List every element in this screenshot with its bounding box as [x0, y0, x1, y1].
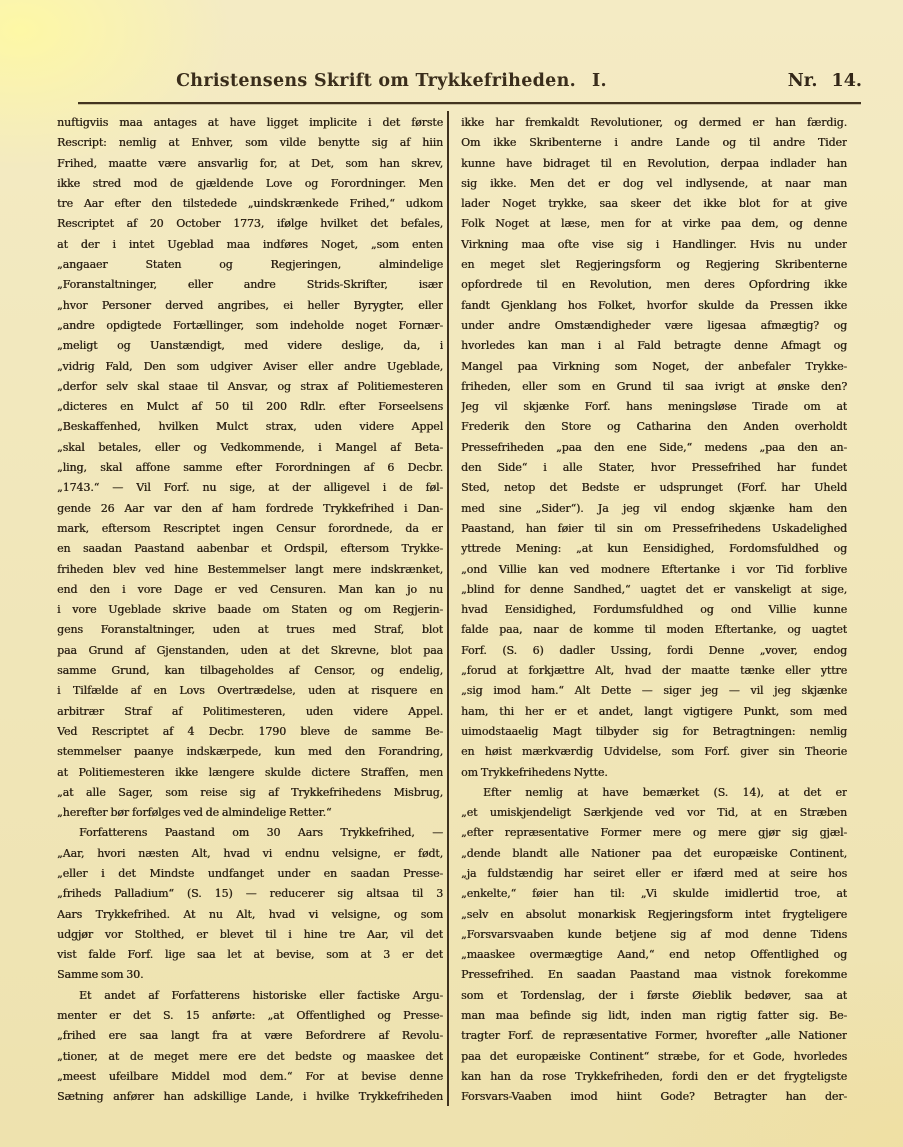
text-line: Rescriptet af 20 October 1773, ifølge hv… — [57, 214, 443, 234]
text-line: „hvor Personer derved angribes, ei helle… — [57, 296, 443, 316]
text-line: Pressefriheden „paa den ene Side,“ meden… — [461, 438, 847, 458]
text-line: Virkning maa ofte vise sig i Handlinger.… — [461, 235, 847, 255]
text-line: falde paa, naar de komme til moden Efter… — [461, 620, 847, 640]
text-line: „sig imod ham.“ Alt Dette — siger jeg — … — [461, 681, 847, 701]
text-line: Aars Trykkefrihed. At nu Alt, hvad vi ve… — [57, 905, 443, 925]
text-line: samme Grund, kan tilbageholdes af Censor… — [57, 661, 443, 681]
text-line: i Tilfælde af en Lovs Overtrædelse, uden… — [57, 681, 443, 701]
text-line: Sætning anfører han adskillige Lande, i … — [57, 1087, 443, 1107]
text-line: ham, thi her er et andet, langt vigtiger… — [461, 702, 847, 722]
text-line: ikke stred mod de gjældende Love og Foro… — [57, 174, 443, 194]
text-line: stemmelser paanye indskærpede, kun med d… — [57, 742, 443, 762]
text-line: nuftigviis maa antages at have ligget im… — [57, 113, 443, 133]
text-line: „Aar, hvori næsten Alt, hvad vi endnu ve… — [57, 844, 443, 864]
text-line: Forsvars-Vaaben imod hiint Gode? Betragt… — [461, 1087, 847, 1107]
issue-number: Nr. 14. — [788, 71, 862, 91]
text-line: Jeg vil skjænke Forf. hans meningsløse T… — [461, 397, 847, 417]
text-line: den Side“ i alle Stater, hvor Pressefrih… — [461, 458, 847, 478]
text-line: paa Grund af Gjenstanden, uden at det Sk… — [57, 641, 443, 661]
text-line: „enkelte,“ føier han til: „Vi skulde imi… — [461, 884, 847, 904]
text-line: „Foranstaltninger, eller andre Strids-Sk… — [57, 275, 443, 295]
text-line: arbitrær Straf af Politimesteren, uden v… — [57, 702, 443, 722]
text-line: „derfor selv skal staae til Ansvar, og s… — [57, 377, 443, 397]
text-line: menter er det S. 15 anførte: „at Offentl… — [57, 1006, 443, 1026]
text-line: friheden, eller som en Grund til saa ivr… — [461, 377, 847, 397]
text-line: „skal betales, eller og Vedkommende, i M… — [57, 438, 443, 458]
header-title-group: Christensens Skrift om Trykkefriheden.I. — [0, 71, 783, 91]
text-line: mark, eftersom Rescriptet ingen Censur f… — [57, 519, 443, 539]
text-line: gens Foranstaltninger, uden at trues med… — [57, 620, 443, 640]
text-line: med sine „Sider“). Ja jeg vil endog skjæ… — [461, 499, 847, 519]
text-line: under andre Omstændigheder være ligesaa … — [461, 316, 847, 336]
header-rule — [78, 102, 861, 104]
text-line: „1743.“ — Vil Forf. nu sige, at der alli… — [57, 478, 443, 498]
left-column: nuftigviis maa antages at have ligget im… — [57, 113, 443, 1108]
part-number: I. — [592, 71, 607, 91]
text-line: „Beskaffenhed, hvilken Mulct strax, uden… — [57, 417, 443, 437]
text-line: „herefter bør forfølges ved de almindeli… — [57, 803, 443, 823]
text-line: sig ikke. Men det er dog vel indlysende,… — [461, 174, 847, 194]
text-line: Et andet af Forfatterens historiske elle… — [57, 986, 443, 1006]
text-line: „efter repræsentative Former mere og mer… — [461, 823, 847, 843]
text-line: Ved Rescriptet af 4 Decbr. 1790 bleve de… — [57, 722, 443, 742]
text-line: „dende blandt alle Nationer paa det euro… — [461, 844, 847, 864]
text-line: „eller i det Mindste undfanget under en … — [57, 864, 443, 884]
text-line: „andre opdigtede Fortællinger, som indeh… — [57, 316, 443, 336]
text-columns: nuftigviis maa antages at have ligget im… — [57, 113, 848, 1108]
text-line: hvad Eensidighed, Fordumsfuldhed og ond … — [461, 600, 847, 620]
text-line: kan han da rose Trykkefriheden, fordi de… — [461, 1067, 847, 1087]
text-line: Efter nemlig at have bemærket (S. 14), a… — [461, 783, 847, 803]
text-line: Sted, netop det Bedste er udsprunget (Fo… — [461, 478, 847, 498]
text-line: gende 26 Aar var den af ham fordrede Try… — [57, 499, 443, 519]
text-line: tragter Forf. de repræsentative Former, … — [461, 1026, 847, 1046]
text-line: „dicteres en Mulct af 50 til 200 Rdlr. e… — [57, 397, 443, 417]
text-line: Rescript: nemlig at Enhver, som vilde be… — [57, 133, 443, 153]
text-line: „maaskee overmægtige Aand,“ end netop Of… — [461, 945, 847, 965]
text-line: yttrede Mening: „at kun Eensidighed, For… — [461, 539, 847, 559]
text-line: en meget slet Regjeringsform og Regjerin… — [461, 255, 847, 275]
text-line: „frihed ere saa langt fra at være Beford… — [57, 1026, 443, 1046]
text-line: end den i vore Dage er ved Censuren. Man… — [57, 580, 443, 600]
text-line: Paastand, han føier til sin om Pressefri… — [461, 519, 847, 539]
page-header: Christensens Skrift om Trykkefriheden.I.… — [0, 71, 903, 95]
text-line: en saadan Paastand aabenbar et Ordspil, … — [57, 539, 443, 559]
text-line: „meligt og Uanstændigt, med videre desli… — [57, 336, 443, 356]
text-line: Frihed, maatte være ansvarlig for, at De… — [57, 154, 443, 174]
text-line: udgjør vor Stolthed, er blevet til i hin… — [57, 925, 443, 945]
text-line: „et umiskjendeligt Særkjende ved vor Tid… — [461, 803, 847, 823]
text-line: Om ikke Skribenterne i andre Lande og ti… — [461, 133, 847, 153]
text-line: „at alle Sager, som reise sig af Trykkef… — [57, 783, 443, 803]
text-line: ikke har fremkaldt Revolutioner, og derm… — [461, 113, 847, 133]
text-line: „meest ufeilbare Middel mod dem.“ For at… — [57, 1067, 443, 1087]
text-line: „vidrig Fald, Den som udgiver Aviser ell… — [57, 357, 443, 377]
text-line: Forf. (S. 6) dadler Ussing, fordi Denne … — [461, 641, 847, 661]
text-line: „forud at forkjættre Alt, hvad der maatt… — [461, 661, 847, 681]
column-divider — [447, 111, 449, 1106]
text-line: „tioner, at de meget mere ere det bedste… — [57, 1047, 443, 1067]
text-line: Mangel paa Virkning som Noget, der anbef… — [461, 357, 847, 377]
text-line: Folk Noget at læse, men for at virke paa… — [461, 214, 847, 234]
text-line: paa det europæiske Continent“ stræbe, fo… — [461, 1047, 847, 1067]
text-line: uimodstaaelig Magt tilbyder sig for Betr… — [461, 722, 847, 742]
text-line: Forfatterens Paastand om 30 Aars Trykkef… — [57, 823, 443, 843]
right-column: ikke har fremkaldt Revolutioner, og derm… — [461, 113, 847, 1108]
text-line: friheden blev ved hine Bestemmelser lang… — [57, 560, 443, 580]
text-line: at Politiemesteren ikke længere skulde d… — [57, 763, 443, 783]
text-line: kunne have bidraget til en Revolution, d… — [461, 154, 847, 174]
text-line: „ond Villie kan ved modnere Eftertanke i… — [461, 560, 847, 580]
text-line: Samme som 30. — [57, 965, 443, 985]
text-line: at der i intet Ugeblad maa indføres Noge… — [57, 235, 443, 255]
text-line: som et Tordenslag, der i første Øieblik … — [461, 986, 847, 1006]
text-line: opfordrede til en Revolution, men deres … — [461, 275, 847, 295]
scanned-page: Christensens Skrift om Trykkefriheden.I.… — [0, 0, 903, 1147]
text-line: om Trykkefrihedens Nytte. — [461, 763, 847, 783]
text-line: tre Aar efter den tilstedede „uindskrænk… — [57, 194, 443, 214]
text-line: „friheds Palladium“ (S. 15) — reducerer … — [57, 884, 443, 904]
text-line: „blind for denne Sandhed,“ uagtet det er… — [461, 580, 847, 600]
text-line: „ja fuldstændig har seiret eller er ifær… — [461, 864, 847, 884]
text-line: en høist mærkværdig Udvidelse, som Forf.… — [461, 742, 847, 762]
running-title: Christensens Skrift om Trykkefriheden. — [176, 71, 576, 91]
text-line: fandt Gjenklang hos Folket, hvorfor skul… — [461, 296, 847, 316]
text-line: lader Noget trykke, saa skeer det ikke b… — [461, 194, 847, 214]
text-line: „angaaer Staten og Regjeringen, almindel… — [57, 255, 443, 275]
text-line: Pressefrihed. En saadan Paastand maa vis… — [461, 965, 847, 985]
text-line: man maa befinde sig lidt, inden man rigt… — [461, 1006, 847, 1026]
text-line: Frederik den Store og Catharina den Ande… — [461, 417, 847, 437]
text-line: hvorledes kan man i al Fald betragte den… — [461, 336, 847, 356]
text-line: „Forsvarsvaaben kunde betjene sig af mod… — [461, 925, 847, 945]
text-line: „selv en absolut monarkisk Regjeringsfor… — [461, 905, 847, 925]
text-line: i vore Ugeblade skrive baade om Staten o… — [57, 600, 443, 620]
text-line: „ling, skal affone samme efter Forordnin… — [57, 458, 443, 478]
text-line: vist falde Forf. lige saa let at bevise,… — [57, 945, 443, 965]
